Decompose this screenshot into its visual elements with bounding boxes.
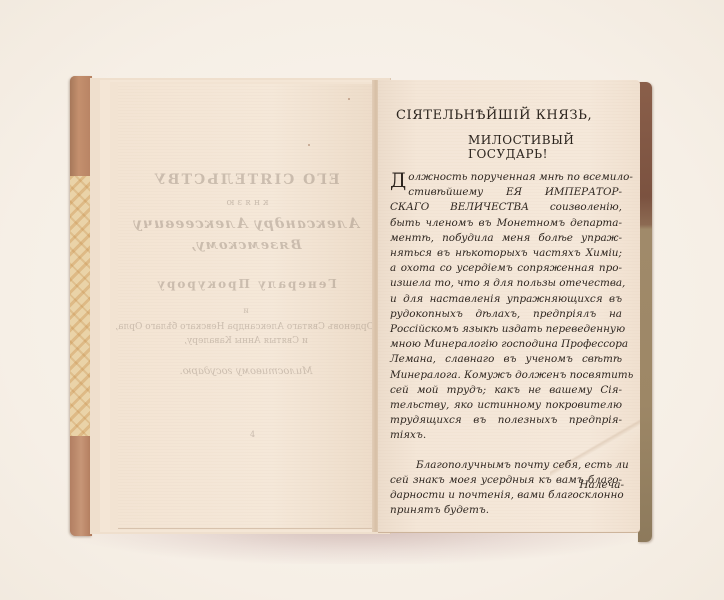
text-line: олжность порученная мнѣ по всемило- <box>390 170 622 185</box>
text-line: и для наставленія упражняющихся въ <box>390 292 622 307</box>
bleed-line: и Святыя Анны Кавалеру, <box>118 336 374 346</box>
text-line: Благополучнымъ почту себя, есть ли <box>390 458 622 473</box>
marbled-board <box>70 176 92 436</box>
bleed-through-dedication: ЕГО СІЯТЕЛЬСТВУ князю Александру Алексее… <box>118 84 374 528</box>
text-line: тельству, яко истинному покровителю <box>390 398 622 413</box>
bleed-line: Александру Алексеевичу <box>118 216 374 232</box>
left-cover <box>70 76 92 536</box>
salutation-heading: СІЯТЕЛЬНѢЙШІЙ КНЯЗЬ, <box>396 108 592 123</box>
text-line: стивѣйшему ЕЯ ИМПЕРАТОР- <box>390 185 622 200</box>
leather-corner-bottom <box>70 436 92 536</box>
bleed-line: Вяземскому, <box>118 238 374 253</box>
paper-speck <box>348 98 350 100</box>
bleed-line: Орденовъ Святаго Александра Невскаго бѣл… <box>118 322 374 332</box>
bleed-line: ЕГО СІЯТЕЛЬСТВУ <box>118 172 374 188</box>
text-line: ментѣ, побудила меня болѣе упраж- <box>390 231 622 246</box>
bleed-line: Генералу Прокурору <box>118 277 374 291</box>
bleed-line: и <box>118 306 374 315</box>
text-line: Россійскомъ языкѣ издать переведенную <box>390 322 622 337</box>
text-line: Лемана, славнаго въ ученомъ свѣтѣ <box>390 352 622 367</box>
text-line: быть членомъ въ Монетномъ департа- <box>390 216 622 231</box>
dedication-body: Д олжность порученная мнѣ по всемило- ст… <box>390 170 622 518</box>
text-line: Минералога. Комужъ долженъ посвятить <box>390 368 622 383</box>
text-line: няться въ нѣкоторыхъ частяхъ Химіи; <box>390 246 622 261</box>
text-line: трудящихся въ полезныхъ предпрія- <box>390 413 622 428</box>
drop-cap: Д <box>390 171 406 189</box>
salutation-subheading: МИЛОСТИВЫЙ ГОСУДАРЬ! <box>468 133 640 161</box>
catchword: Налеча- <box>579 479 624 491</box>
text-line: рудокопныхъ дѣлахъ, предпріялъ на <box>390 307 622 322</box>
right-cover-edge <box>638 82 652 542</box>
text-line: мною Минералогію господина Профессора <box>390 337 622 352</box>
leather-corner-top <box>70 76 92 176</box>
bleed-line: Милостивому государю. <box>118 366 374 377</box>
paper-speck <box>308 144 310 146</box>
left-page-number: 4 <box>250 430 255 439</box>
paragraph-1: Д олжность порученная мнѣ по всемило- ст… <box>390 170 622 444</box>
right-page: СІЯТЕЛЬНѢЙШІЙ КНЯЗЬ, МИЛОСТИВЫЙ ГОСУДАРЬ… <box>378 80 640 533</box>
text-line: СКАГО ВЕЛИЧЕСТВА соизволенію, <box>390 200 622 215</box>
text-line: изшела то, что я для пользы отечества, <box>390 276 622 291</box>
text-line: тіяхъ. <box>390 428 622 443</box>
photo-background: ЕГО СІЯТЕЛЬСТВУ князю Александру Алексее… <box>0 0 724 600</box>
text-line: а охота со усердіемъ сопряженная про- <box>390 261 622 276</box>
bleed-line: князю <box>118 198 374 208</box>
text-line: принятъ будетъ. <box>390 503 622 518</box>
text-line: сей мой трудъ; какъ не вашему Сія- <box>390 383 622 398</box>
left-page: ЕГО СІЯТЕЛЬСТВУ князю Александру Алексее… <box>118 84 374 529</box>
